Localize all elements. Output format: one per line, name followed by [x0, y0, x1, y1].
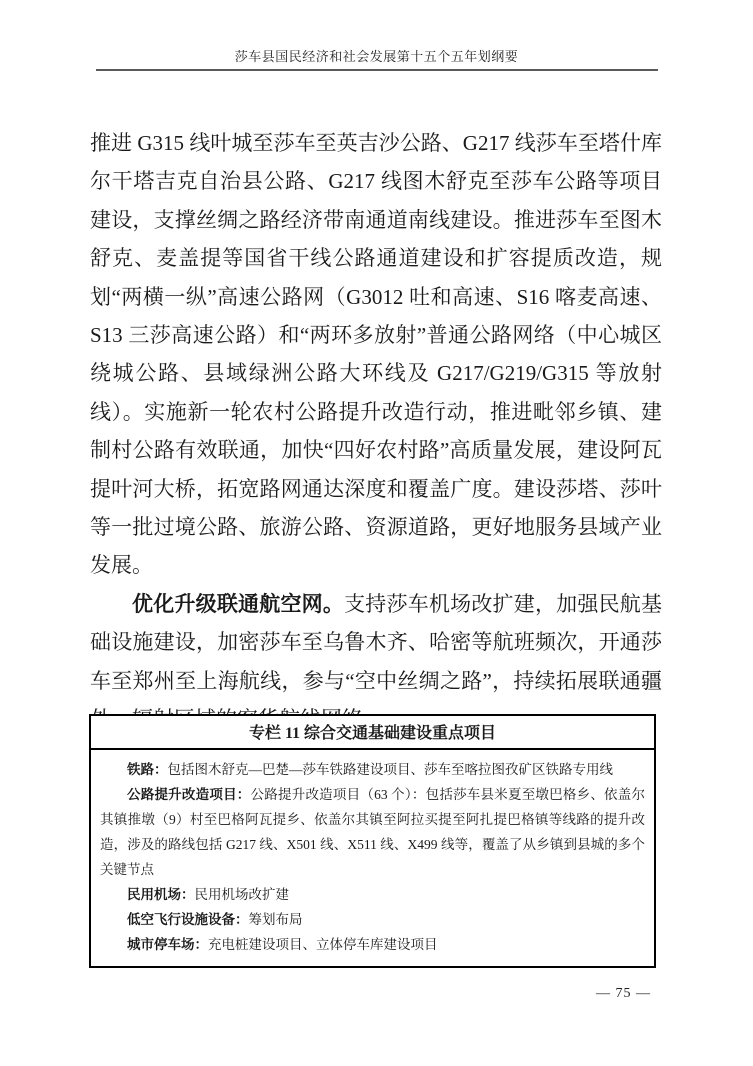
box-item-low-altitude-label: 低空飞行设施设备：: [127, 912, 249, 927]
document-body: 推进 G315 线叶城至莎车至英吉沙公路、G217 线莎车至塔什库尔干塔吉克自治…: [90, 124, 662, 739]
box-item-highway-upgrade-label: 公路提升改造项目：: [127, 787, 251, 802]
box-item-city-parking: 城市停车场：充电桩建设项目、立体停车库建设项目: [100, 932, 645, 957]
document-header-title: 莎车县国民经济和社会发展第十五个五年划纲要: [0, 46, 753, 65]
feature-box-content: 铁路：包括图木舒克—巴楚—莎车铁路建设项目、莎车至喀拉图孜矿区铁路专用线 公路提…: [91, 750, 654, 966]
box-item-low-altitude-text: 筹划布局: [249, 912, 303, 927]
header-rule: [96, 69, 658, 71]
feature-box-title: 专栏 11 综合交通基础建设重点项目: [91, 716, 654, 750]
box-item-civil-airport: 民用机场：民用机场改扩建: [100, 882, 645, 907]
paragraph-road-network: 推进 G315 线叶城至莎车至英吉沙公路、G217 线莎车至塔什库尔干塔吉克自治…: [90, 124, 662, 585]
box-item-civil-airport-text: 民用机场改扩建: [195, 887, 290, 902]
feature-box-column-11: 专栏 11 综合交通基础建设重点项目 铁路：包括图木舒克—巴楚—莎车铁路建设项目…: [89, 714, 656, 968]
box-item-railway: 铁路：包括图木舒克—巴楚—莎车铁路建设项目、莎车至喀拉图孜矿区铁路专用线: [100, 757, 645, 782]
paragraph-aviation-lead: 优化升级联通航空网。: [132, 592, 344, 616]
document-page: 莎车县国民经济和社会发展第十五个五年划纲要 推进 G315 线叶城至莎车至英吉沙…: [0, 0, 753, 1066]
box-item-civil-airport-label: 民用机场：: [127, 887, 195, 902]
box-item-highway-upgrade: 公路提升改造项目：公路提升改造项目（63 个）：包括莎车县米夏至墩巴格乡、依盖尔…: [100, 782, 645, 882]
box-item-city-parking-label: 城市停车场：: [127, 937, 208, 952]
box-item-low-altitude: 低空飞行设施设备：筹划布局: [100, 907, 645, 932]
box-item-railway-text: 包括图木舒克—巴楚—莎车铁路建设项目、莎车至喀拉图孜矿区铁路专用线: [168, 762, 614, 777]
box-item-railway-label: 铁路：: [127, 762, 168, 777]
page-number: — 75 —: [596, 986, 651, 1002]
box-item-city-parking-text: 充电桩建设项目、立体停车库建设项目: [208, 937, 438, 952]
